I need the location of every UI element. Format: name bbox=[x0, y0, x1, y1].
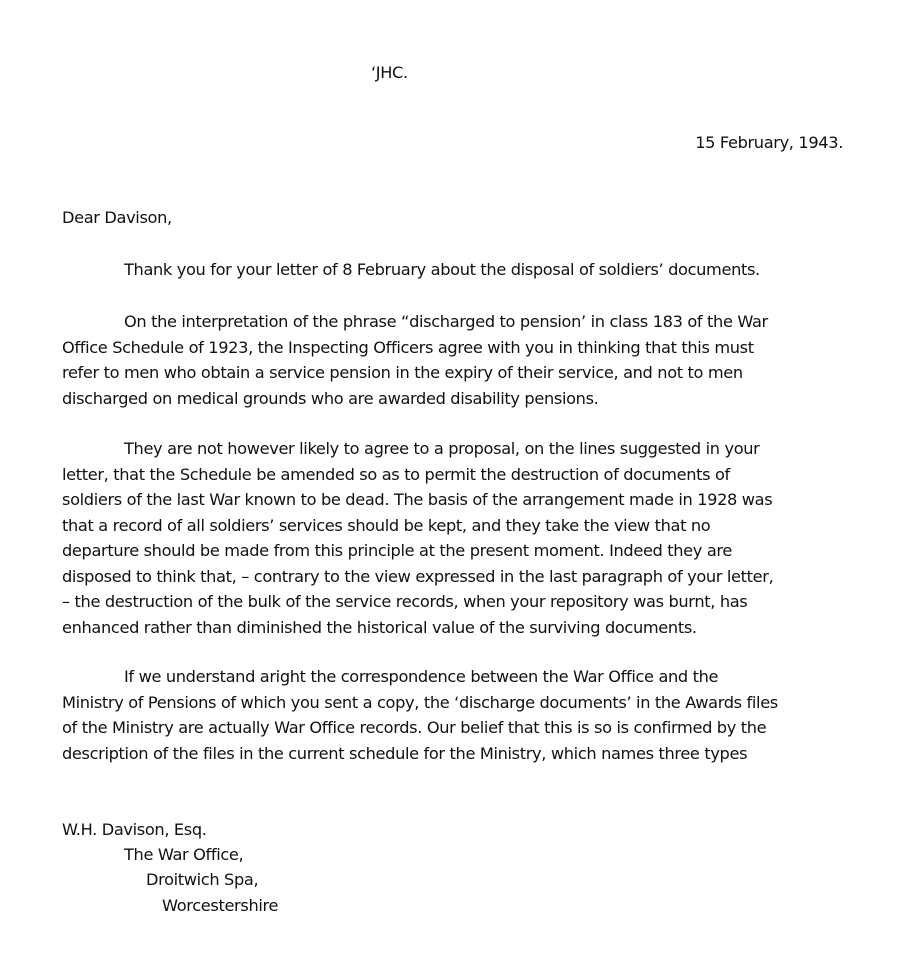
paragraph-line: discharged on medical grounds who are aw… bbox=[62, 386, 852, 412]
paragraph-line: enhanced rather than diminished the hist… bbox=[62, 615, 852, 641]
paragraph-line: On the interpretation of the phrase “dis… bbox=[62, 309, 852, 335]
paragraph-line: Thank you for your letter of 8 February … bbox=[62, 257, 852, 283]
addressee-line-3: Worcestershire bbox=[162, 893, 278, 919]
paragraph-line: refer to men who obtain a service pensio… bbox=[62, 360, 852, 386]
paragraph-line: Office Schedule of 1923, the Inspecting … bbox=[62, 335, 852, 361]
letter-date: 15 February, 1943. bbox=[695, 130, 843, 156]
paragraph-line: Ministry of Pensions of which you sent a… bbox=[62, 690, 852, 716]
paragraph-4: If we understand aright the corresponden… bbox=[62, 664, 852, 766]
paragraph-1: Thank you for your letter of 8 February … bbox=[62, 257, 852, 283]
paragraph-line: soldiers of the last War known to be dea… bbox=[62, 487, 852, 513]
paragraph-3: They are not however likely to agree to … bbox=[62, 436, 852, 640]
paragraph-line: that a record of all soldiers’ services … bbox=[62, 513, 852, 539]
paragraph-line: – the destruction of the bulk of the ser… bbox=[62, 589, 852, 615]
salutation: Dear Davison, bbox=[62, 205, 172, 231]
paragraph-line: departure should be made from this princ… bbox=[62, 538, 852, 564]
reference-initials: ‘JHC. bbox=[371, 60, 408, 86]
paragraph-line: letter, that the Schedule be amended so … bbox=[62, 462, 852, 488]
letter-page: ‘JHC. 15 February, 1943. Dear Davison, T… bbox=[0, 0, 899, 968]
addressee-line-1: The War Office, bbox=[124, 842, 243, 868]
addressee-line-2: Droitwich Spa, bbox=[146, 867, 258, 893]
paragraph-line: If we understand aright the corresponden… bbox=[62, 664, 852, 690]
paragraph-line: description of the files in the current … bbox=[62, 741, 852, 767]
paragraph-2: On the interpretation of the phrase “dis… bbox=[62, 309, 852, 411]
addressee-name: W.H. Davison, Esq. bbox=[62, 817, 207, 843]
paragraph-line: of the Ministry are actually War Office … bbox=[62, 715, 852, 741]
paragraph-line: disposed to think that, – contrary to th… bbox=[62, 564, 852, 590]
paragraph-line: They are not however likely to agree to … bbox=[62, 436, 852, 462]
